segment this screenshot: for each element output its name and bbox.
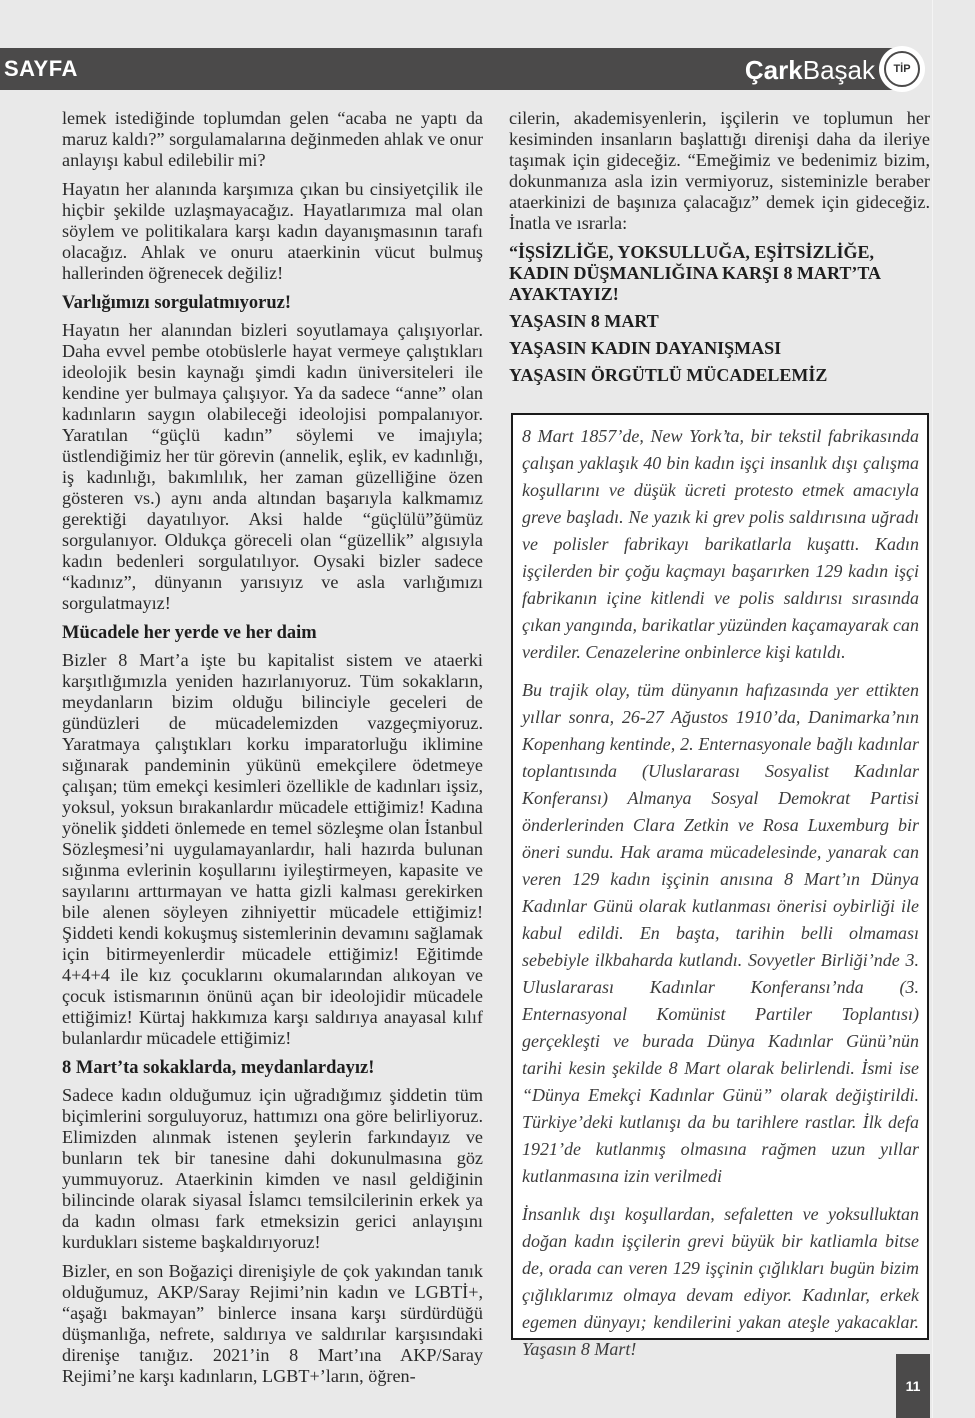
paragraph: Hayatın her alanında karşımıza çıkan bu … xyxy=(62,179,483,284)
page-edge xyxy=(932,0,933,1418)
slogan: “İŞSİZLİĞE, YOKSULLUĞA, EŞİTSİZLİĞE, KAD… xyxy=(509,242,930,305)
page-number: 11 xyxy=(896,1354,930,1418)
box-paragraph: Bu trajik olay, tüm dünyanın hafızasında… xyxy=(522,677,919,1190)
paragraph: Sadece kadın olduğumuz için uğradığımız … xyxy=(62,1085,483,1253)
party-emblem-icon: TİP xyxy=(879,46,925,92)
subheading: 8 Mart’ta sokaklarda, meydanlardayız! xyxy=(62,1057,483,1079)
box-paragraph: İnsanlık dışı koşullardan, sefaletten ve… xyxy=(522,1201,919,1363)
brand-logotype: ÇarkBaşak xyxy=(745,55,875,86)
section-label: SAYFA xyxy=(4,56,78,82)
left-column: lemek istediğinde toplumdan gelen “acaba… xyxy=(62,108,483,1395)
slogan: YAŞASIN KADIN DAYANIŞMASI xyxy=(509,338,930,359)
subheading: Varlığımızı sorgulatmıyoruz! xyxy=(62,292,483,314)
slogan: YAŞASIN ÖRGÜTLÜ MÜCADELEMİZ xyxy=(509,365,930,386)
brand-light: Başak xyxy=(803,55,875,85)
subheading: Mücadele her yerde ve her daim xyxy=(62,622,483,644)
paragraph: Hayatın her alanından bizleri soyutlamay… xyxy=(62,320,483,614)
right-column: cilerin, akademisyenlerin, işçilerin ve … xyxy=(509,108,930,391)
history-info-box: 8 Mart 1857’de, New York’ta, bir tekstil… xyxy=(511,413,929,1340)
emblem-text: TİP xyxy=(884,51,920,87)
paragraph: Bizler 8 Mart’a işte bu kapitalist siste… xyxy=(62,650,483,1049)
box-paragraph: 8 Mart 1857’de, New York’ta, bir tekstil… xyxy=(522,423,919,666)
brand-bold: Çark xyxy=(745,55,803,85)
slogan: YAŞASIN 8 MART xyxy=(509,311,930,332)
paragraph: lemek istediğinde toplumdan gelen “acaba… xyxy=(62,108,483,171)
paragraph: cilerin, akademisyenlerin, işçilerin ve … xyxy=(509,108,930,234)
paragraph: Bizler, en son Boğaziçi direnişiyle de ç… xyxy=(62,1261,483,1387)
